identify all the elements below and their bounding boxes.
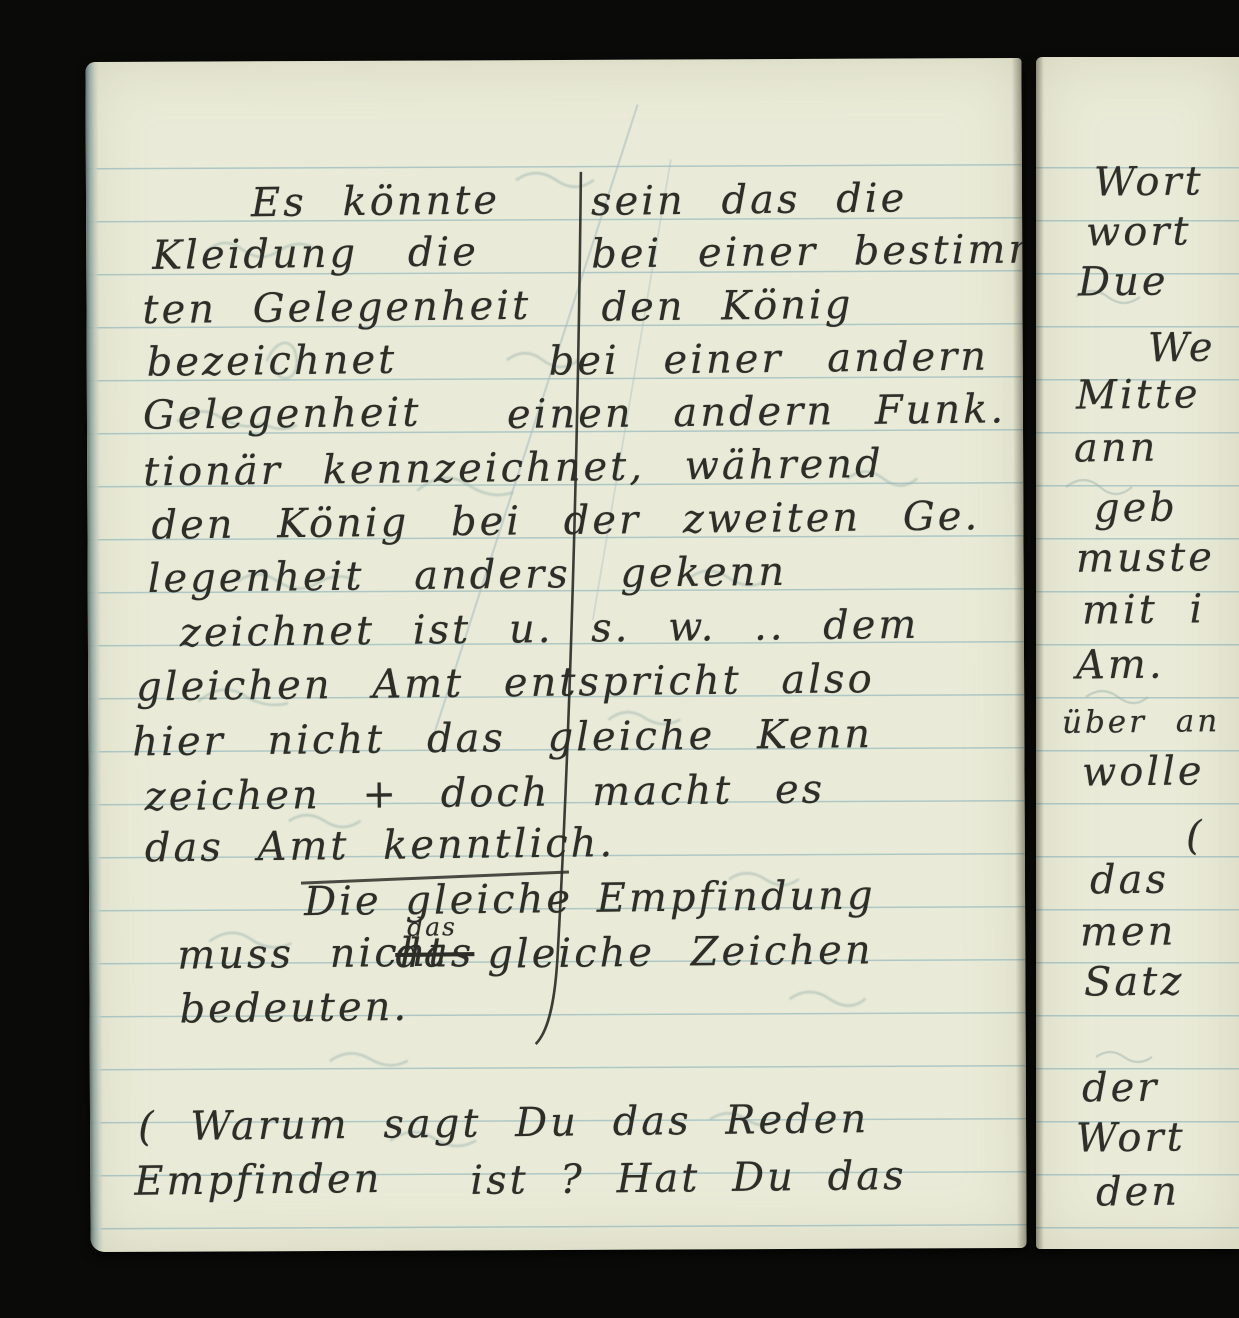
handwriting-text: einen andern Funk. bbox=[507, 386, 1007, 438]
handwriting-text: ( Warum sagt Du das Reden bbox=[138, 1096, 870, 1150]
handwriting-fragment: men bbox=[1080, 908, 1177, 955]
handwriting-fragment: ann bbox=[1074, 425, 1159, 472]
notebook-right-page: Wort wort Due We Mitte ann geb muste mit… bbox=[1036, 57, 1239, 1249]
handwriting-fragment: Mitte bbox=[1076, 371, 1201, 418]
handwriting-fragment: ( bbox=[1186, 813, 1205, 859]
handwriting-fragment: Am. bbox=[1076, 642, 1165, 689]
handwritten-line: ten Gelegenheit den König bbox=[86, 282, 1022, 338]
handwriting-text: Es könnte bbox=[251, 177, 501, 226]
handwriting-text: zeichen + doch macht es bbox=[144, 766, 825, 820]
handwriting-text: Empfinden bbox=[134, 1156, 383, 1205]
handwriting-text: bedeuten. bbox=[179, 984, 409, 1033]
handwriting-fragment: wolle bbox=[1082, 748, 1205, 795]
handwriting-text: hier nicht das gleiche Kenn bbox=[132, 711, 873, 765]
handwritten-line: das Amt kenntlich. bbox=[89, 820, 1025, 876]
handwriting-text: den König bei der zweiten Ge. bbox=[151, 493, 980, 548]
handwriting-text: Die gleiche Empfindung bbox=[304, 873, 876, 925]
handwritten-line: gleichen Amt entspricht also bbox=[88, 658, 1024, 714]
handwriting-fragment: We bbox=[1148, 325, 1216, 372]
handwriting-text: tionär kennzeichnet, während bbox=[143, 441, 884, 495]
handwriting-fragment: mit i bbox=[1082, 586, 1206, 633]
handwriting-fragment: muste bbox=[1076, 534, 1215, 581]
handwritten-line: Gelegenheit einen andern Funk. bbox=[87, 388, 1023, 444]
handwriting-text: gleiche Zeichen bbox=[487, 927, 874, 977]
handwriting-text: zeichnet ist u. s. w. .. dem bbox=[180, 602, 920, 656]
handwriting-fragment: der bbox=[1082, 1065, 1160, 1112]
handwritten-line: legenheit anders gekenn bbox=[88, 550, 1024, 606]
handwritten-line: Die gleiche Empfindung bbox=[89, 874, 1025, 930]
handwritten-line: tionär kennzeichnet, während bbox=[87, 443, 1023, 499]
handwriting-fragment: über an bbox=[1062, 698, 1221, 746]
handwriting-fragment: Due bbox=[1078, 259, 1169, 306]
handwriting-fragment: das bbox=[1090, 857, 1169, 904]
handwritten-line: ( Warum sagt Du das Reden bbox=[90, 1098, 1026, 1154]
handwriting-fragment: wort bbox=[1086, 208, 1192, 255]
scanned-notebook: Es könnte sein das die Kleidung die bei … bbox=[0, 0, 1239, 1318]
handwriting-text: Kleidung die bbox=[152, 229, 479, 279]
handwritten-line-with-correction: muss nicht das das gleiche Zeichen bbox=[89, 928, 1025, 984]
handwriting-text: legenheit anders gekenn bbox=[147, 549, 787, 602]
handwriting-text: gleichen Amt entspricht also bbox=[136, 656, 875, 710]
handwriting-fragment: geb bbox=[1094, 485, 1178, 532]
handwritten-line: zeichnet ist u. s. w. .. dem bbox=[88, 604, 1024, 660]
handwriting-text: das Amt kenntlich. bbox=[145, 820, 616, 871]
handwriting-fragment: Wort bbox=[1076, 1114, 1186, 1161]
notebook-left-page: Es könnte sein das die Kleidung die bei … bbox=[85, 58, 1026, 1252]
handwritten-line: bedeuten. bbox=[89, 982, 1025, 1038]
handwritten-line: Es könnte sein das die bbox=[86, 176, 1022, 232]
handwritten-line: hier nicht das gleiche Kenn bbox=[88, 713, 1024, 769]
handwritten-line: bezeichnet bei einer andern bbox=[87, 335, 1023, 391]
handwriting-fragment: den bbox=[1096, 1169, 1181, 1216]
handwriting-text: den König bbox=[601, 282, 853, 331]
handwritten-line: zeichen + doch macht es bbox=[89, 768, 1025, 824]
handwritten-line: den König bei der zweiten Ge. bbox=[87, 496, 1023, 552]
handwriting-fragment: Satz bbox=[1084, 958, 1185, 1005]
handwriting-text: sein das die bbox=[591, 175, 908, 225]
handwritten-line: Kleidung die bei einer bestimm bbox=[86, 228, 1022, 284]
handwriting-text: bei einer bestimm bbox=[591, 226, 1027, 277]
handwriting-text: ist ? Hat Du das bbox=[470, 1153, 907, 1204]
handwriting-text: bei einer andern bbox=[548, 334, 989, 385]
handwriting-fragment: Wort bbox=[1094, 158, 1204, 205]
handwriting-text: bezeichnet bbox=[146, 337, 397, 386]
inserted-word-above: das bbox=[407, 904, 457, 951]
handwriting-text: ten Gelegenheit bbox=[142, 283, 531, 333]
handwriting-text: Gelegenheit bbox=[143, 390, 422, 439]
gutter-shadow bbox=[1036, 57, 1044, 1249]
handwritten-line: Empfinden ist ? Hat Du das bbox=[90, 1154, 1026, 1210]
